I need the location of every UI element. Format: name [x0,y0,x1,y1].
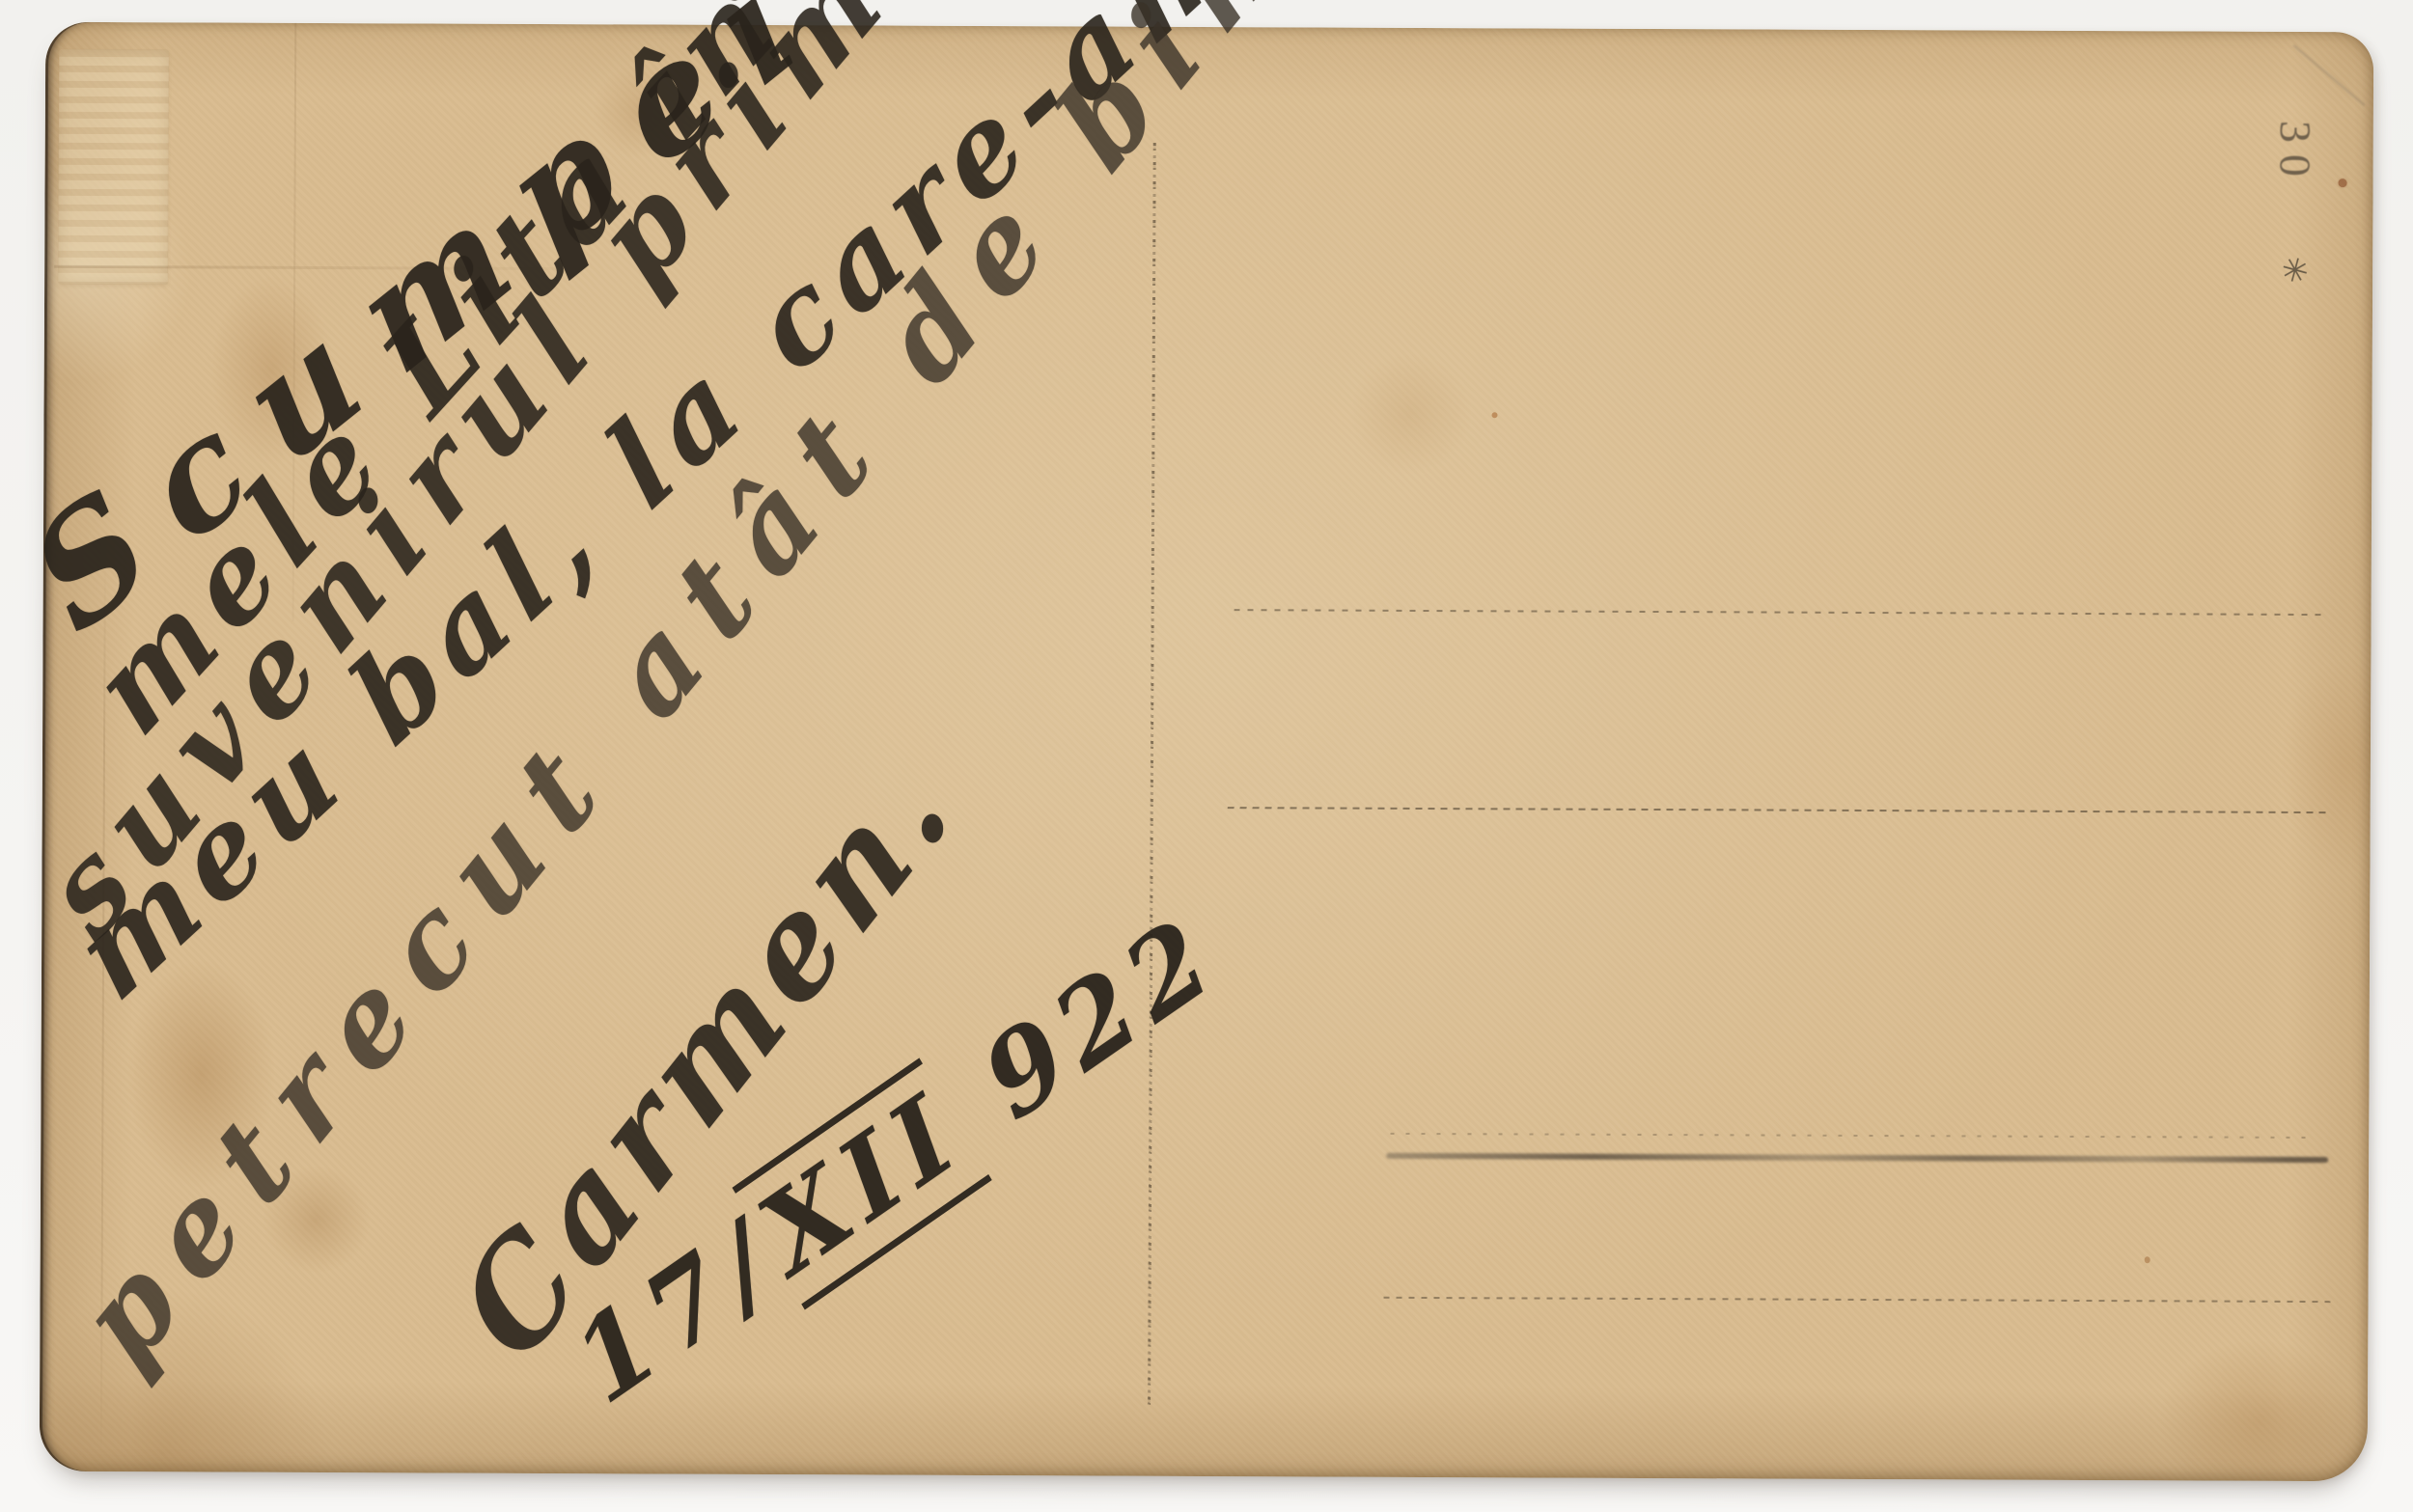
scan-bed: 30 ✳ Scumpei mele Lita în suvenirul prim… [0,0,2413,1512]
price-mark-number: 30 [2273,121,2317,188]
postcard: 30 ✳ Scumpei mele Lita în suvenirul prim… [40,22,2374,1482]
paper-speck [1492,412,1498,418]
stamp-ghost [58,49,169,285]
paper-speck [2145,1256,2150,1263]
divider-microtext-line [1148,143,1156,1407]
address-dotted-line [1228,807,2328,813]
address-dotted-line [1384,1297,2338,1303]
pencil-smudge-line [1386,1153,2328,1163]
date-year: 922 [923,890,1238,1172]
address-dotted-line [1390,1133,2315,1139]
address-dotted-line [1234,609,2327,616]
price-mark: 30 ✳ [2260,132,2329,383]
pencil-scratch [2293,44,2366,106]
price-mark-star-icon: ✳ [2276,249,2313,293]
paper-speck [2339,179,2347,187]
